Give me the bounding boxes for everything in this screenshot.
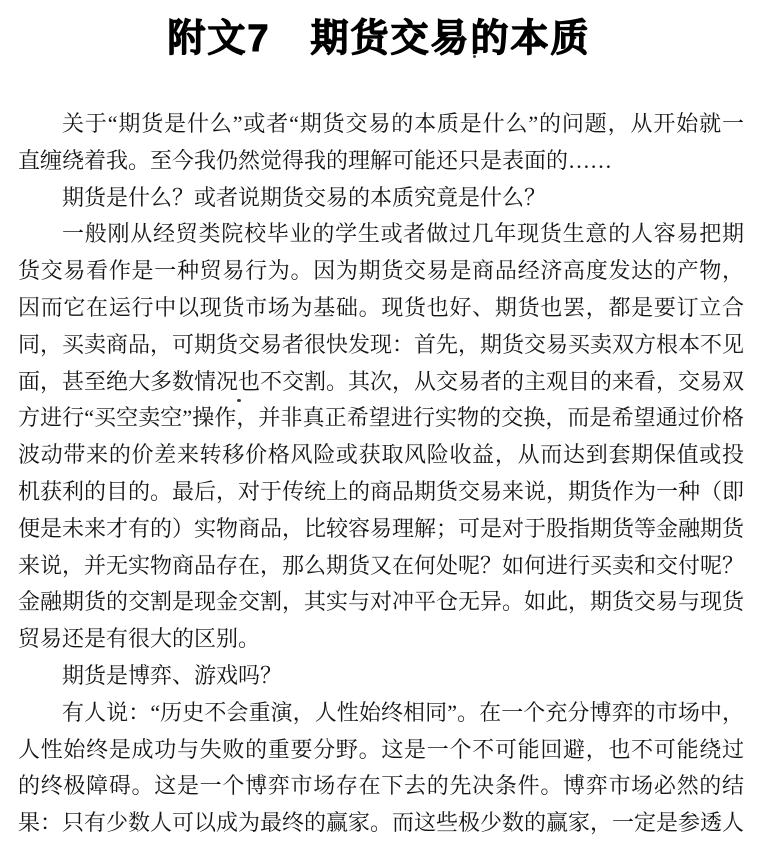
body-line: 期货是什么？或者说期货交易的本质究竟是什么？ xyxy=(18,180,744,217)
page-title: 附文7 期货交易的本质 xyxy=(0,0,758,62)
book-page: 附文7 期货交易的本质 关于“期货是什么”或者“期货交易的本质是什么”的问题，从… xyxy=(0,0,758,850)
body-line: 人性始终是成功与失败的重要分野。这是一个不可能回避，也不可能绕过 xyxy=(18,732,744,769)
body-text: 关于“期货是什么”或者“期货交易的本质是什么”的问题，从开始就一 直缠绕着我。至… xyxy=(18,106,744,842)
body-line: 贸易还是有很大的区别。 xyxy=(18,621,744,658)
scan-speck xyxy=(473,55,476,58)
body-line: 的终极障碍。这是一个博弈市场存在下去的先决条件。博弈市场必然的结 xyxy=(18,768,744,805)
body-line: 一般刚从经贸类院校毕业的学生或者做过几年现货生意的人容易把期 xyxy=(18,216,744,253)
body-line: 金融期货的交割是现金交割，其实与对冲平仓无异。如此，期货交易与现货 xyxy=(18,584,744,621)
body-line: 波动带来的价差来转移价格风险或获取风险收益，从而达到套期保值或投 xyxy=(18,437,744,474)
body-line: 面，甚至绝大多数情况也不交割。其次，从交易者的主观目的来看，交易双 xyxy=(18,364,744,401)
body-line: 便是未来才有的）实物商品，比较容易理解；可是对于股指期货等金融期货 xyxy=(18,511,744,548)
body-line: 因而它在运行中以现货市场为基础。现货也好、期货也罢，都是要订立合 xyxy=(18,290,744,327)
body-line: 机获利的目的。最后，对于传统上的商品期货交易来说，期货作为一种（即 xyxy=(18,474,744,511)
body-line: 直缠绕着我。至今我仍然觉得我的理解可能还只是表面的…… xyxy=(18,143,744,180)
body-line: 果：只有少数人可以成为最终的赢家。而这些极少数的赢家，一定是参透人 xyxy=(18,805,744,842)
body-line: 货交易看作是一种贸易行为。因为期货交易是商品经济高度发达的产物， xyxy=(18,253,744,290)
body-line: 期货是博弈、游戏吗？ xyxy=(18,658,744,695)
body-line: 来说，并无实物商品存在，那么期货又在何处呢？如何进行买卖和交付呢？ xyxy=(18,548,744,585)
body-line: 有人说：“历史不会重演，人性始终相同”。在一个充分博弈的市场中， xyxy=(18,695,744,732)
body-line: 关于“期货是什么”或者“期货交易的本质是什么”的问题，从开始就一 xyxy=(18,106,744,143)
body-line: 同，买卖商品，可期货交易者很快发现：首先，期货交易买卖双方根本不见 xyxy=(18,327,744,364)
body-line: 方进行“买空卖空”操作，并非真正希望进行实物的交换，而是希望通过价格 xyxy=(18,400,744,437)
